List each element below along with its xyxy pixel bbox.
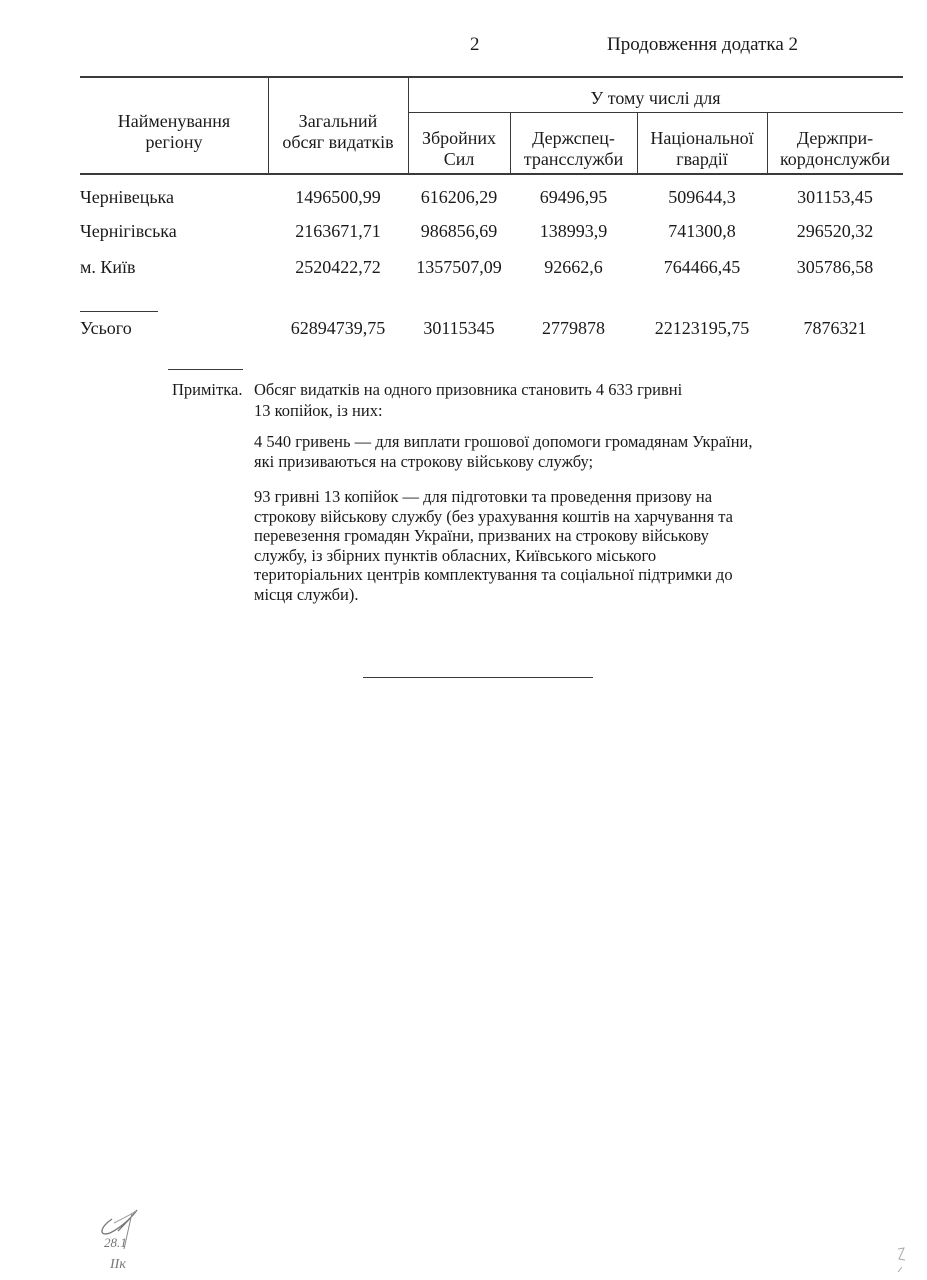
header-region-line: регіону: [80, 132, 268, 153]
note-line: місця служби).: [254, 585, 824, 605]
national-guard-value: 509644,3: [637, 186, 767, 208]
spec-transport-total: 2779878: [510, 317, 637, 339]
border-guard-value: 301153,45: [767, 186, 903, 208]
signature-initials: ІІк: [110, 1257, 126, 1273]
national-guard-value: 764466,45: [637, 256, 767, 278]
spec-transport-value: 69496,95: [510, 186, 637, 208]
total-value: 2163671,71: [268, 220, 408, 242]
armed-forces-value: 986856,69: [408, 220, 510, 242]
signature-icon: [92, 1205, 162, 1280]
pencil-mark-icon: [893, 1245, 913, 1275]
note-separator: [168, 369, 243, 370]
total-value: 1496500,99: [268, 186, 408, 208]
header-line: гвардії: [637, 149, 767, 170]
table-top-rule: [80, 76, 903, 78]
note-line: Обсяг видатків на одного призовника стан…: [254, 380, 682, 400]
header-border-guard: Держпри- кордонслужби: [767, 128, 903, 170]
header-line: Збройних: [408, 128, 510, 149]
note-line: територіальних центрів комплектування та…: [254, 565, 824, 585]
table-subheader-rule: [408, 112, 903, 113]
header-total-line: обсяг видатків: [268, 132, 408, 153]
note-line: 4 540 гривень — для виплати грошової доп…: [254, 432, 824, 452]
header-line: трансслужби: [510, 149, 637, 170]
total-value: 62894739,75: [268, 317, 408, 339]
page-number: 2: [470, 34, 480, 56]
handwritten-signature: 28.1 ІІк: [92, 1205, 162, 1280]
armed-forces-value: 616206,29: [408, 186, 510, 208]
header-region: Найменування регіону: [80, 111, 268, 153]
border-guard-value: 296520,32: [767, 220, 903, 242]
corner-pencil-mark: [893, 1245, 913, 1275]
header-spec-transport-service: Держспец- трансслужби: [510, 128, 637, 170]
header-total: Загальний обсяг видатків: [268, 111, 408, 153]
header-line: Національної: [637, 128, 767, 149]
signature-date: 28.1: [104, 1235, 127, 1251]
note-label: Примітка.: [172, 380, 242, 400]
header-total-line: Загальний: [268, 111, 408, 132]
national-guard-total: 22123195,75: [637, 317, 767, 339]
spec-transport-value: 138993,9: [510, 220, 637, 242]
document-end-rule: [363, 677, 593, 678]
armed-forces-value: 1357507,09: [408, 256, 510, 278]
appendix-continuation-label: Продовження додатка 2: [607, 34, 798, 56]
header-armed-forces: Збройних Сил: [408, 128, 510, 170]
header-line: Держпри-: [767, 128, 903, 149]
total-value: 2520422,72: [268, 256, 408, 278]
note-line: строкову військову службу (без урахуванн…: [254, 507, 824, 527]
total-label: Усього: [80, 317, 132, 339]
armed-forces-total: 30115345: [408, 317, 510, 339]
note-line: 13 копійок, із них:: [254, 401, 383, 421]
header-line: кордонслужби: [767, 149, 903, 170]
note-paragraph-1: 4 540 гривень — для виплати грошової доп…: [254, 432, 824, 471]
note-line: які призиваються на строкову військову с…: [254, 452, 824, 472]
note-line: службу, із збірних пунктів обласних, Киї…: [254, 546, 824, 566]
note-line: перевезення громадян України, призваних …: [254, 526, 824, 546]
header-region-line: Найменування: [80, 111, 268, 132]
region-name: м. Київ: [80, 256, 136, 278]
header-national-guard: Національної гвардії: [637, 128, 767, 170]
table-header-bottom-rule: [80, 173, 903, 175]
note-line: 93 гривні 13 копійок — для підготовки та…: [254, 487, 824, 507]
spec-transport-value: 92662,6: [510, 256, 637, 278]
border-guard-total: 7876321: [767, 317, 903, 339]
border-guard-value: 305786,58: [767, 256, 903, 278]
region-name: Чернігівська: [80, 220, 177, 242]
header-group: У тому числі для: [408, 88, 903, 109]
note-paragraph-2: 93 гривні 13 копійок — для підготовки та…: [254, 487, 824, 604]
header-line: Сил: [408, 149, 510, 170]
national-guard-value: 741300,8: [637, 220, 767, 242]
header-line: Держспец-: [510, 128, 637, 149]
region-name: Чернівецька: [80, 186, 174, 208]
total-separator: [80, 311, 158, 312]
